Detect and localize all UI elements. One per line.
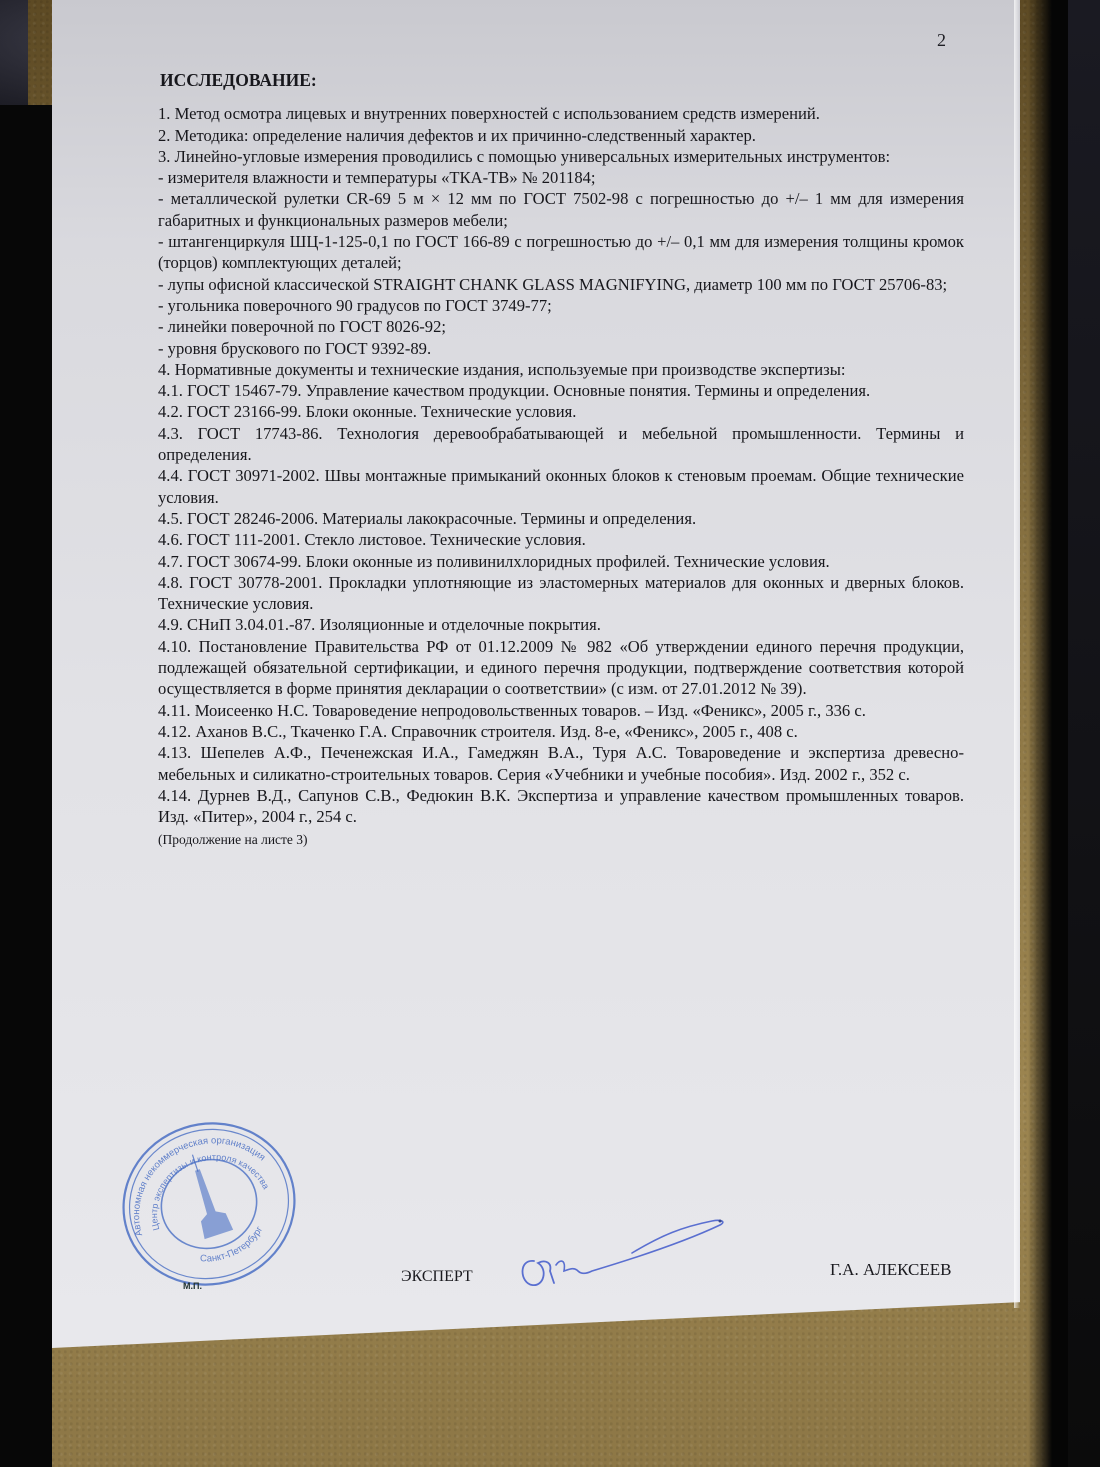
- reference-item: 4.4. ГОСТ 30971-2002. Швы монтажные прим…: [158, 465, 964, 508]
- list-item: - уровня брускового по ГОСТ 9392-89.: [158, 338, 964, 359]
- section-heading: ИССЛЕДОВАНИЕ:: [160, 70, 964, 91]
- expert-name: Г.А. АЛЕКСЕЕВ: [830, 1260, 952, 1280]
- reference-item: 4.8. ГОСТ 30778-2001. Прокладки уплотняю…: [158, 572, 964, 615]
- reference-item: 4.12. Аханов В.С., Ткаченко Г.А. Справоч…: [158, 721, 964, 742]
- reference-item: 4.11. Моисеенко Н.С. Товароведение непро…: [158, 700, 964, 721]
- list-item: - штангенциркуля ШЦ-1-125-0,1 по ГОСТ 16…: [158, 231, 964, 274]
- reference-item: 4.3. ГОСТ 17743-86. Технология деревообр…: [158, 423, 964, 466]
- reference-item: 4.2. ГОСТ 23166-99. Блоки оконные. Техни…: [158, 401, 964, 422]
- reference-item: 4.6. ГОСТ 111-2001. Стекло листовое. Тех…: [158, 529, 964, 550]
- paragraph: 1. Метод осмотра лицевых и внутренних по…: [158, 103, 964, 124]
- handwritten-signature-icon: [512, 1213, 742, 1288]
- left-shadow: [0, 105, 52, 1467]
- reference-item: 4.14. Дурнев В.Д., Сапунов С.В., Федюкин…: [158, 785, 964, 828]
- reference-item: 4.10. Постановление Правительства РФ от …: [158, 636, 964, 700]
- reference-item: 4.1. ГОСТ 15467-79. Управление качеством…: [158, 380, 964, 401]
- document-body: ИССЛЕДОВАНИЕ: 1. Метод осмотра лицевых и…: [158, 70, 964, 851]
- continuation-note: (Продолжение на листе 3): [158, 829, 964, 850]
- reference-item: 4.5. ГОСТ 28246-2006. Материалы лакокрас…: [158, 508, 964, 529]
- paragraph: 3. Линейно-угловые измерения проводились…: [158, 146, 964, 167]
- list-item: - измерителя влажности и температуры «ТК…: [158, 167, 964, 188]
- signature-role: ЭКСПЕРТ: [401, 1268, 473, 1286]
- list-item: - линейки поверочной по ГОСТ 8026-92;: [158, 316, 964, 337]
- list-item: - лупы офисной классической STRAIGHT CHA…: [158, 274, 964, 295]
- board-shadow: [1028, 0, 1068, 1467]
- paragraph: 2. Методика: определение наличия дефекто…: [158, 125, 964, 146]
- paragraph: 4. Нормативные документы и технические и…: [158, 359, 964, 380]
- page-number: 2: [937, 30, 946, 51]
- round-seal-icon: Автономная некоммерческая организация Це…: [114, 1118, 304, 1290]
- list-item: - металлической рулетки CR-69 5 м × 12 м…: [158, 188, 964, 231]
- mp-label: М.П.: [183, 1281, 202, 1291]
- list-item: - угольника поверочного 90 градусов по Г…: [158, 295, 964, 316]
- reference-item: 4.7. ГОСТ 30674-99. Блоки оконные из пол…: [158, 551, 964, 572]
- sheet-edge: [1014, 0, 1020, 1308]
- reference-item: 4.13. Шепелев А.Ф., Печенежская И.А., Га…: [158, 742, 964, 785]
- reference-item: 4.9. СНиП 3.04.01.-87. Изоляционные и от…: [158, 614, 964, 635]
